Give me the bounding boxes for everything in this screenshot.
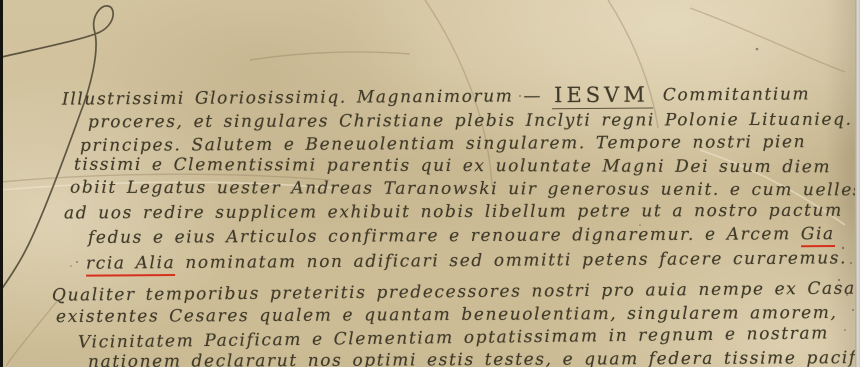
- line-8-text: nominatam non adificari sed ommitti pete…: [175, 248, 847, 273]
- manuscript-line-10: existentes Cesares qualem e quantam bene…: [56, 303, 838, 327]
- line-1-closing: Commitantium: [663, 84, 811, 105]
- manuscript-line-6: ad uos redire supplicem exhibuit nobis l…: [64, 201, 843, 224]
- scan-right-edge-strip: [855, 0, 860, 367]
- line-1-opening: Illustrissimi Gloriosissimiq. Magnanimor…: [62, 86, 542, 109]
- manuscript-text-block: Illustrissimi Gloriosissimiq. Magnanimor…: [0, 0, 860, 367]
- manuscript-line-7: fedus e eius Articulos confirmare e reno…: [88, 224, 835, 248]
- line-7-text: fedus e eius Articulos confirmare e reno…: [88, 224, 801, 248]
- manuscript-line-8: rcia Alia nominatam non adificari sed om…: [86, 248, 847, 273]
- red-underlined-word-gia: Gia: [801, 224, 835, 247]
- manuscript-line-2: proceres, et singulares Christiane plebi…: [88, 110, 853, 133]
- manuscript-line-9: Qualiter temporibus preteritis predecess…: [52, 278, 860, 305]
- manuscript-line-3: principes. Salutem e Beneuolentiam singu…: [80, 132, 806, 156]
- iesvm-monogram: IESVM: [552, 82, 653, 109]
- manuscript-line-4: tissimi e Clementissimi parentis qui ex …: [74, 155, 831, 178]
- manuscript-line-1: Illustrissimi Gloriosissimiq. Magnanimor…: [62, 83, 810, 109]
- scan-left-edge-bar: [0, 0, 3, 367]
- manuscript-line-12-clipped: nationem declararut nos optimi estis tes…: [88, 348, 860, 367]
- manuscript-scan: Illustrissimi Gloriosissimiq. Magnanimor…: [0, 0, 860, 367]
- manuscript-line-5: obiit Legatus uester Andreas Taranowski …: [70, 178, 860, 201]
- red-underlined-phrase-rcia-alia: rcia Alia: [86, 253, 175, 277]
